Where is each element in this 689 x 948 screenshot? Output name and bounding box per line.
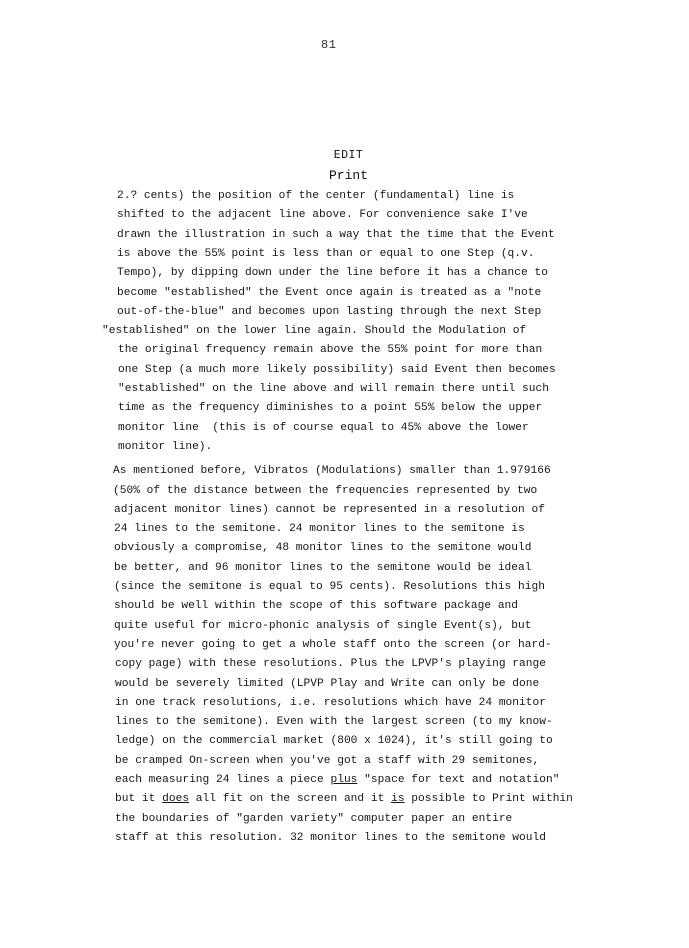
text-line: in one track resolutions, i.e. resolutio…	[115, 694, 546, 713]
text-line: "established" on the line above and will…	[118, 380, 549, 399]
text-line: shifted to the adjacent line above. For …	[117, 206, 528, 225]
text-line: adjacent monitor lines) cannot be repres…	[114, 501, 545, 520]
text-line: the original frequency remain above the …	[118, 341, 542, 360]
text-line: staff at this resolution. 32 monitor lin…	[115, 829, 546, 848]
text-line: (since the semitone is equal to 95 cents…	[114, 578, 545, 597]
text-line: quite useful for micro-phonic analysis o…	[114, 617, 531, 636]
text-line: Tempo), by dipping down under the line b…	[117, 264, 548, 283]
text-line: time as the frequency diminishes to a po…	[118, 399, 542, 418]
text-line: should be well within the scope of this …	[114, 597, 518, 616]
text-line: would be severely limited (LPVP Play and…	[115, 675, 539, 694]
text-line: lines to the semitone). Even with the la…	[115, 713, 553, 732]
text-line: but it does all fit on the screen and it…	[115, 790, 573, 809]
text-line: is above the 55% point is less than or e…	[117, 245, 534, 264]
text-line: monitor line (this is of course equal to…	[118, 419, 529, 438]
text-line: As mentioned before, Vibratos (Modulatio…	[113, 462, 551, 481]
text-line: copy page) with these resolutions. Plus …	[115, 655, 546, 674]
text-line: be better, and 96 monitor lines to the s…	[114, 559, 531, 578]
text-line: each measuring 24 lines a piece plus "sp…	[115, 771, 559, 790]
text-line: you're never going to get a whole staff …	[114, 636, 552, 655]
document-page: 81 EDIT Print 2.? cents) the position of…	[0, 0, 689, 948]
text-line: "established" on the lower line again. S…	[102, 322, 526, 341]
text-line: out-of-the-blue" and becomes upon lastin…	[117, 303, 541, 322]
text-line: drawn the illustration in such a way tha…	[117, 226, 555, 245]
text-line: 2.? cents) the position of the center (f…	[117, 187, 514, 206]
text-line: (50% of the distance between the frequen…	[113, 482, 537, 501]
text-line: one Step (a much more likely possibility…	[118, 361, 556, 380]
text-line: monitor line).	[118, 438, 212, 457]
text-line: become "established" the Event once agai…	[117, 284, 541, 303]
text-line: obviously a compromise, 48 monitor lines…	[114, 539, 531, 558]
subsection-title: Print	[4, 168, 689, 183]
text-line: the boundaries of "garden variety" compu…	[115, 810, 512, 829]
page-number: 81	[321, 38, 336, 52]
text-line: be cramped On-screen when you've got a s…	[115, 752, 539, 771]
text-line: ledge) on the commercial market (800 x 1…	[115, 732, 553, 751]
section-title: EDIT	[4, 149, 689, 162]
text-line: 24 lines to the semitone. 24 monitor lin…	[114, 520, 525, 539]
